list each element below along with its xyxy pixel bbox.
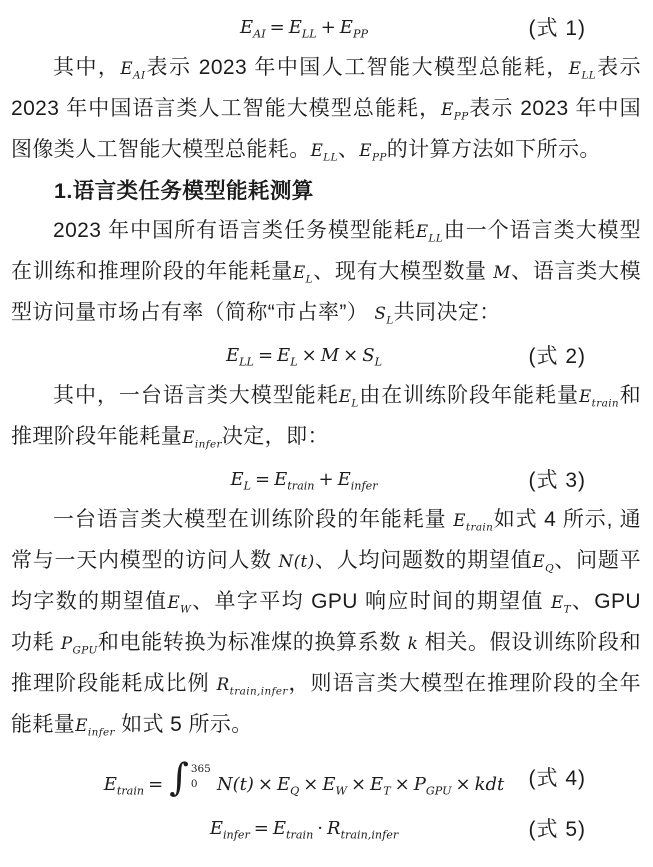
text-run: 表示 2023 年中国人工智能大模型总能耗， [145, 56, 568, 79]
text-run: 一台语言类大模型在训练阶段的年能耗量 [53, 508, 453, 531]
formula-eq1: EAI=ELL+EPP (式 1) [11, 9, 641, 45]
math-var: EPP [441, 100, 468, 119]
math-operator: × [391, 774, 414, 795]
math-var: ELL [289, 17, 317, 38]
text-run: 、现有大模型数量 [313, 260, 493, 283]
math-var: ET [551, 593, 571, 612]
integral-symbol: ∫3650 [169, 760, 215, 794]
text-run: 2023 年中国所有语言类任务模型能耗 [53, 219, 416, 242]
text-run: 共同决定： [394, 301, 501, 324]
formula-eq1-label: (式 1) [529, 12, 587, 42]
math-var: PGPU [61, 634, 98, 653]
math-operator: = [251, 469, 274, 490]
formula-eq3-label: (式 3) [529, 464, 587, 494]
formula-eq3: EL=Etrain+Einfer (式 3) [11, 461, 641, 497]
math-var: Etrain [104, 774, 144, 795]
math-operator: = [144, 774, 167, 795]
text-run: 、人均问题数的期望值 [315, 549, 533, 572]
text-run: 决定，即： [222, 425, 329, 448]
math-operator: · [313, 818, 327, 839]
math-var: M [493, 263, 511, 282]
math-var: Etrain [453, 511, 493, 530]
math-operator: + [314, 469, 337, 490]
math-var: ELL [416, 222, 443, 241]
math-var: EPP [359, 141, 386, 160]
math-var: Einfer [210, 818, 250, 839]
math-operator: × [339, 345, 362, 366]
integral-glyph: ∫ [169, 760, 189, 794]
math-operator: × [451, 774, 474, 795]
formula-eq4: Etrain=∫3650N(t)×EQ×EW×ET×PGPU×kdt (式 4) [11, 752, 641, 802]
math-var: EW [167, 593, 191, 612]
math-operator: × [254, 774, 277, 795]
math-var: k [408, 634, 419, 653]
math-var: Einfer [338, 469, 378, 490]
formula-eq2-label: (式 2) [529, 340, 587, 370]
text-run: 其中，一台语言类大模型能耗 [53, 384, 339, 407]
paragraph-language-model: 2023 年中国所有语言类任务模型能耗ELL由一个语言类大模型在训练和推理阶段的… [11, 211, 641, 334]
math-var: PGPU [414, 774, 452, 795]
math-operator: × [347, 774, 370, 795]
formula-eq4-math: Etrain=∫3650N(t)×EQ×EW×ET×PGPU×kdt [104, 760, 505, 795]
text-run: 、 [338, 138, 359, 161]
paragraph-overview: 其中，EAI表示 2023 年中国人工智能大模型总能耗，ELL表示 2023 年… [11, 48, 641, 171]
math-var: Rtrain,infer [327, 818, 398, 839]
formula-eq2-math: ELL=EL×M×SL [226, 345, 382, 366]
math-var: M [321, 345, 339, 366]
math-var: EPP [340, 17, 368, 38]
math-var: Etrain [579, 387, 619, 406]
integral-lower-bound: 0 [191, 778, 211, 790]
math-operator: + [317, 17, 340, 38]
document-page: EAI=ELL+EPP (式 1) 其中，EAI表示 2023 年中国人工智能大… [0, 0, 653, 867]
math-operator: = [254, 345, 277, 366]
math-var: Einfer [75, 716, 115, 735]
math-var: EAI [120, 59, 145, 78]
text-run: 由在训练阶段年能耗量 [359, 384, 579, 407]
math-var: EW [322, 774, 347, 795]
math-var: ELL [311, 141, 338, 160]
paragraph-train-energy-factors: 一台语言类大模型在训练阶段的年能耗量 Etrain如式 4 所示, 通常与一天内… [11, 500, 641, 746]
formula-eq5-label: (式 5) [529, 813, 587, 843]
math-operator: × [298, 345, 321, 366]
text-run: 的计算方法如下所示。 [387, 138, 601, 161]
math-var: N(t) [279, 552, 315, 571]
math-var: EQ [277, 774, 299, 795]
formula-eq1-math: EAI=ELL+EPP [240, 17, 368, 38]
math-var: N(t) [217, 774, 254, 795]
math-var: ELL [226, 345, 254, 366]
paragraph-train-infer: 其中，一台语言类大模型能耗EL由在训练阶段年能耗量Etrain和推理阶段年能耗量… [11, 376, 641, 458]
math-var: Etrain [274, 469, 314, 490]
integral-bounds: 3650 [191, 763, 211, 789]
formula-eq2: ELL=EL×M×SL (式 2) [11, 337, 641, 373]
integral-upper-bound: 365 [191, 763, 211, 775]
formula-eq5: Einfer=Etrain·Rtrain,infer (式 5) [11, 810, 641, 846]
math-var: k [475, 774, 486, 795]
text-run: 、单字平均 GPU 响应时间的期望值 [191, 590, 551, 613]
math-var: Einfer [182, 428, 222, 447]
math-var: EL [230, 469, 251, 490]
math-operator: = [250, 818, 273, 839]
formula-eq4-label: (式 4) [529, 762, 587, 792]
formula-eq5-math: Einfer=Etrain·Rtrain,infer [210, 818, 398, 839]
section-heading: 1.语言类任务模型能耗测算 [11, 171, 641, 211]
text-run: 和电能转换为标准煤的换算系数 [98, 631, 408, 654]
math-var: Rtrain,infer [217, 675, 288, 694]
math-var: EAI [240, 17, 266, 38]
math-var: Etrain [273, 818, 313, 839]
math-var: EL [339, 387, 359, 406]
math-var: SL [362, 345, 382, 366]
math-var: ELL [569, 59, 596, 78]
formula-eq3-math: EL=Etrain+Einfer [230, 469, 377, 490]
math-var: EL [293, 263, 313, 282]
math-operator: = [266, 17, 289, 38]
text-run: 如式 5 所示。 [115, 713, 253, 736]
math-var: SL [374, 304, 393, 323]
math-var: EQ [532, 552, 554, 571]
math-var: ET [370, 774, 391, 795]
math-operator: × [299, 774, 322, 795]
math-var: EL [277, 345, 298, 366]
math-var: dt [486, 774, 505, 795]
text-run: 其中， [53, 56, 120, 79]
